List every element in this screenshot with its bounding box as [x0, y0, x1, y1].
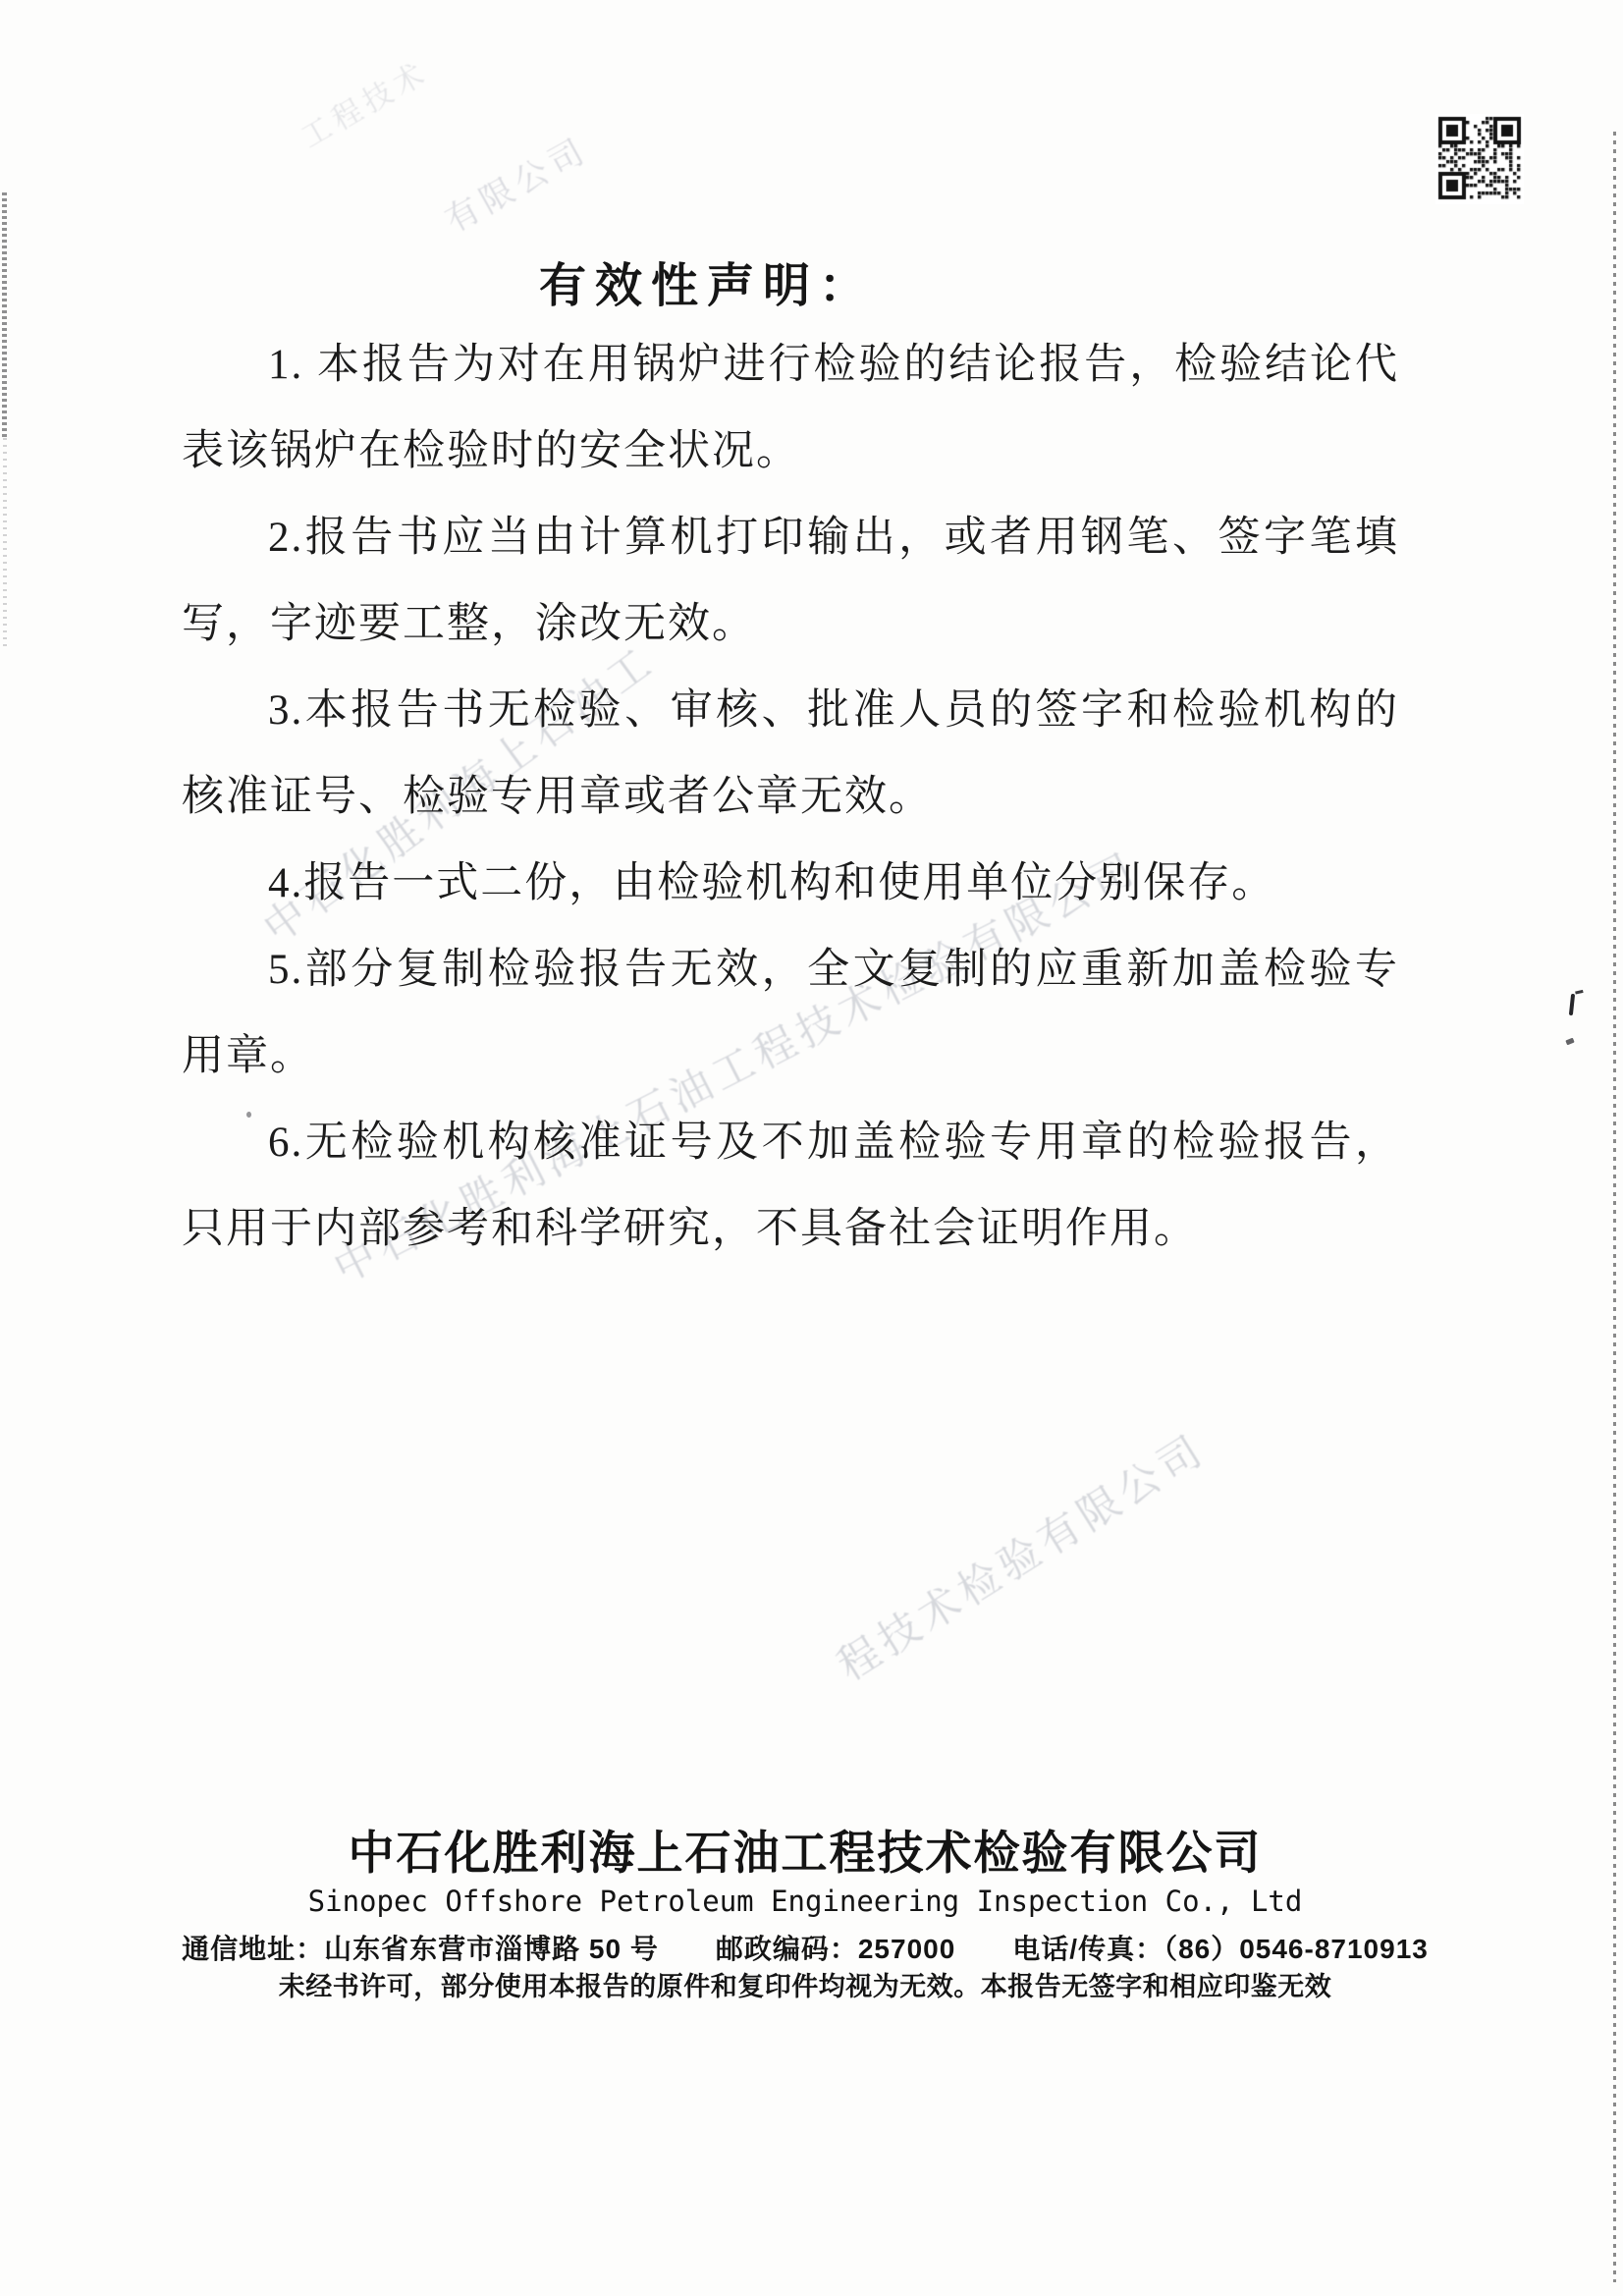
document-page: 工程技术 有限公司 中石化胜利海上石油工 中石化胜利海上石油工程技术检验有限公司… — [0, 0, 1623, 2296]
statement-paragraph: 6.无检验机构核准证号及不加盖检验专用章的检验报告，只用于内部参考和科学研究，不… — [182, 1100, 1399, 1273]
page-title: 有效性声明： — [98, 247, 1316, 315]
scan-artifact-tick — [1569, 994, 1575, 1015]
watermark-fragment: 工程技术 — [292, 48, 436, 156]
contact-info: 通信地址：山东省东营市淄博路 50 号 邮政编码：257000 电话/传真：（8… — [103, 1933, 1507, 1966]
statement-paragraph: 3.本报告书无检验、审核、批准人员的签字和检验机构的核准证号、检验专用章或者公章… — [182, 668, 1399, 841]
scan-artifact-left-edge-faint — [3, 438, 7, 649]
statement-paragraph: 5.部分复制检验报告无效，全文复制的应重新加盖检验专用章。 — [182, 927, 1399, 1100]
footer-block: 中石化胜利海上石油工程技术检验有限公司 Sinopec Offshore Pet… — [103, 1827, 1507, 2003]
company-name-cn: 中石化胜利海上石油工程技术检验有限公司 — [103, 1827, 1507, 1882]
watermark-fragment: 程技术检验有限公司 — [825, 1418, 1216, 1693]
scan-artifact-dot — [246, 1112, 251, 1118]
statement-paragraph: 1. 本报告为对在用锅炉进行检验的结论报告，检验结论代表该锅炉在检验时的安全状况… — [182, 322, 1399, 495]
scan-artifact-speck — [1565, 1038, 1574, 1046]
scan-artifact-left-edge — [2, 192, 7, 438]
validity-notice: 未经书许可，部分使用本报告的原件和复印件均视为无效。本报告无签字和相应印鉴无效 — [103, 1970, 1507, 2003]
statement-body: 1. 本报告为对在用锅炉进行检验的结论报告，检验结论代表该锅炉在检验时的安全状况… — [182, 322, 1399, 1273]
statement-paragraph: 2.报告书应当由计算机打印输出，或者用钢笔、签字笔填写，字迹要工整，涂改无效。 — [182, 495, 1399, 668]
company-name-en: Sinopec Offshore Petroleum Engineering I… — [103, 1884, 1507, 1919]
watermark-fragment: 有限公司 — [435, 124, 596, 242]
statement-paragraph: 4.报告一式二份，由检验机构和使用单位分别保存。 — [182, 841, 1399, 927]
scan-artifact-right-edge — [1613, 132, 1616, 2282]
qr-code-icon — [1435, 114, 1524, 204]
